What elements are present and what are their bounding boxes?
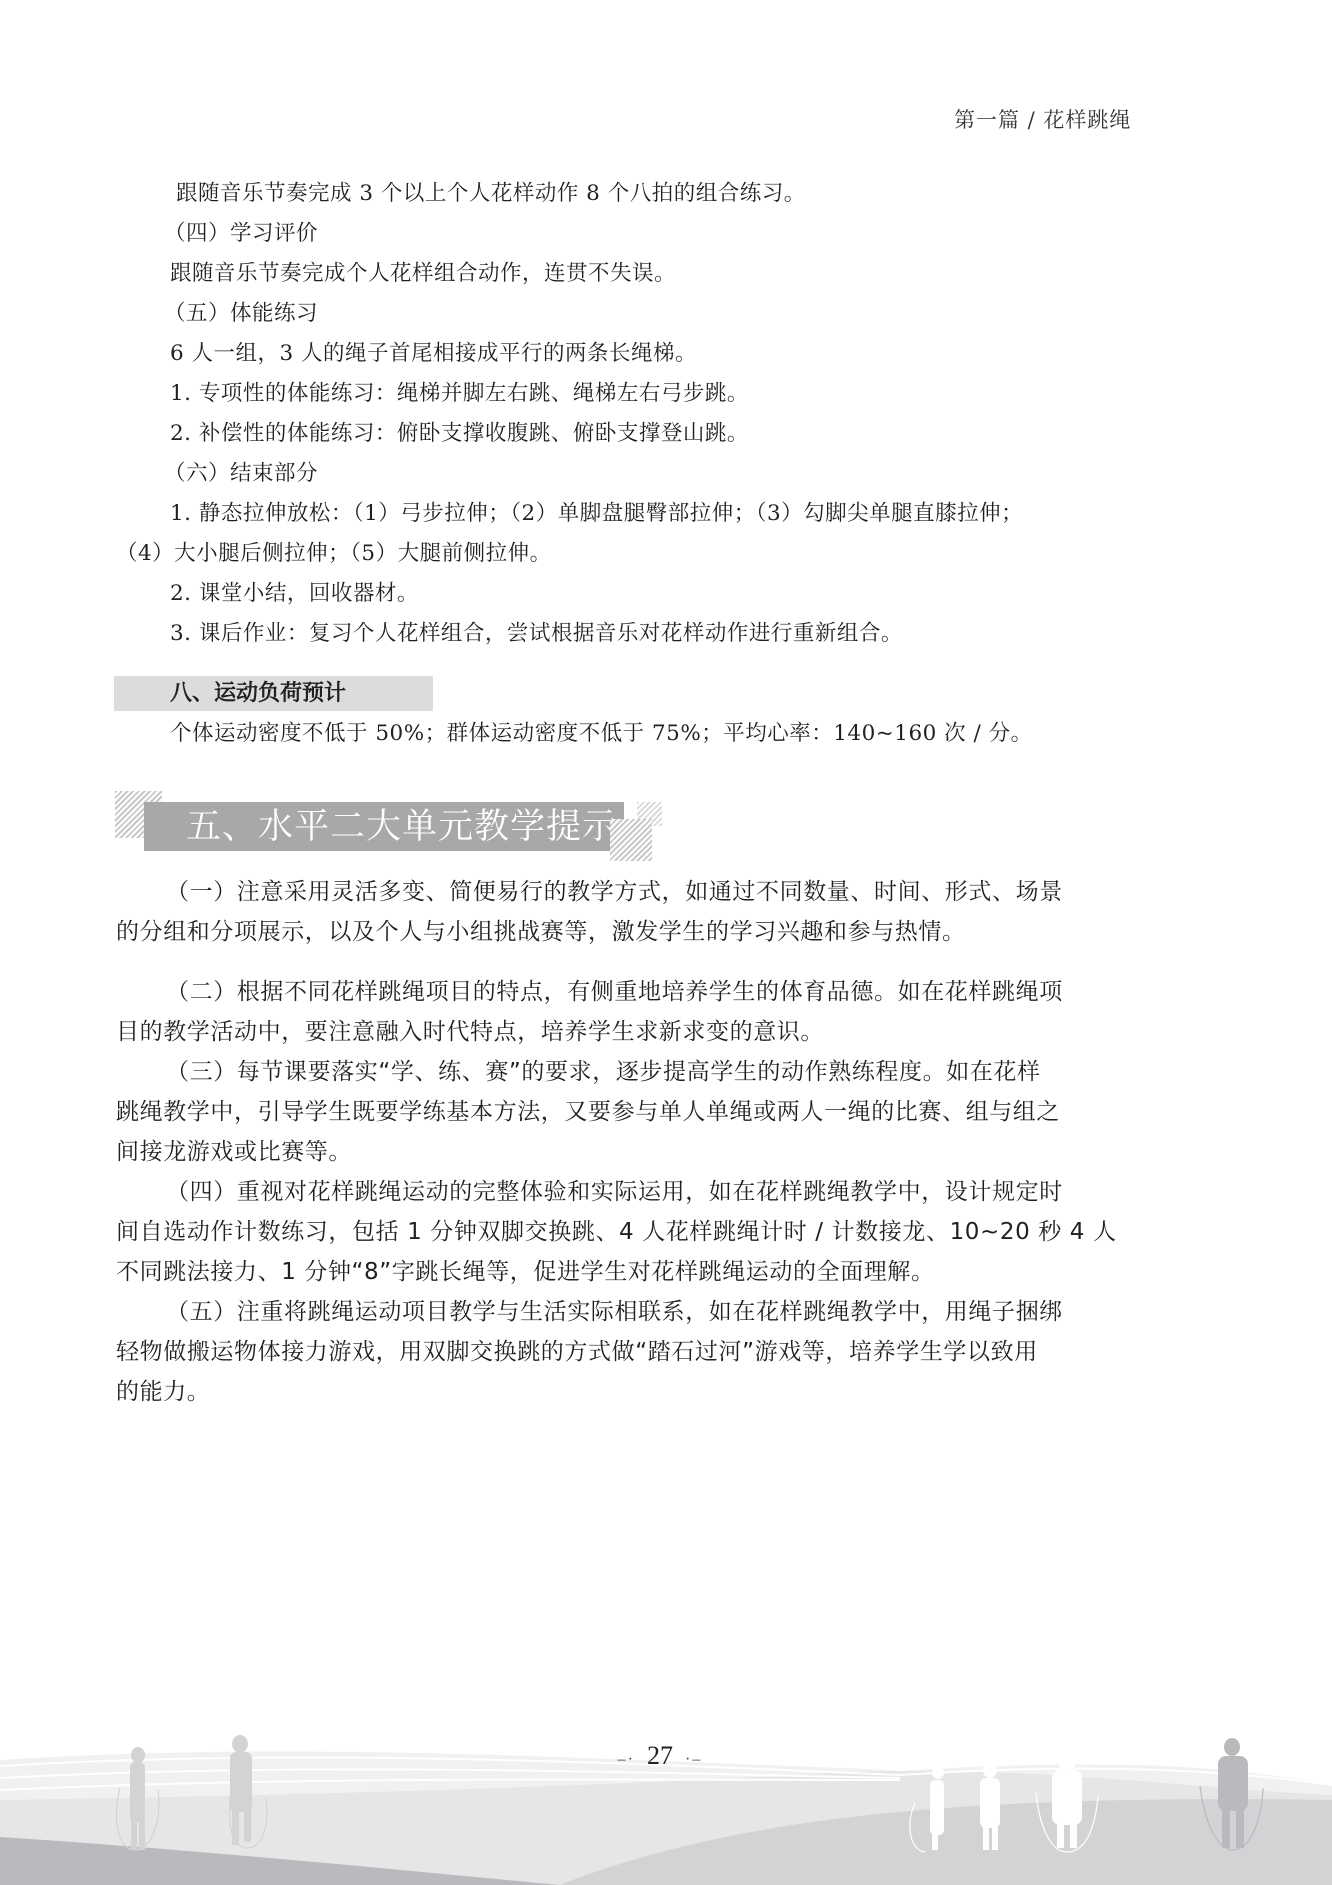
section-body: 个体运动密度不低于 50%；群体运动密度不低于 75%；平均心率：140~160… — [170, 714, 1033, 754]
text-line: 1. 专项性的体能练习：绳梯并脚左右跳、绳梯左右弓步跳。 — [170, 374, 749, 414]
page-number-dash-right: ·– — [673, 1751, 702, 1768]
text-line: 2. 补偿性的体能练习：俯卧支撑收腹跳、俯卧支撑登山跳。 — [170, 414, 749, 454]
paragraph-line: （一）注意采用灵活多变、简便易行的教学方式，如通过不同数量、时间、形式、场景 — [166, 872, 1226, 912]
page-number-dash-left: –· — [618, 1751, 647, 1768]
paragraph-line: 目的教学活动中，要注意融入时代特点，培养学生求新求变的意识。 — [116, 1012, 1176, 1052]
text-line: （四）学习评价 — [164, 214, 318, 254]
paragraph-line: 间接龙游戏或比赛等。 — [116, 1132, 1176, 1172]
text-line: 跟随音乐节奏完成 3 个以上个人花样动作 8 个八拍的组合练习。 — [176, 174, 806, 214]
paragraph-line: 的分组和分项展示，以及个人与小组挑战赛等，激发学生的学习兴趣和参与热情。 — [116, 912, 1176, 952]
text-line: 6 人一组，3 人的绳子首尾相接成平行的两条长绳梯。 — [170, 334, 697, 374]
text-line: 2. 课堂小结，回收器材。 — [170, 574, 419, 614]
chapter-banner-bar: 五、水平二大单元教学提示 — [144, 802, 624, 851]
text-line: 3. 课后作业：复习个人花样组合，尝试根据音乐对花样动作进行重新组合。 — [170, 614, 903, 654]
hatch-decoration-right-bottom — [610, 819, 652, 861]
text-line: 1. 静态拉伸放松：（1）弓步拉伸；（2）单脚盘腿臀部拉伸；（3）勾脚尖单腿直膝… — [170, 494, 1023, 534]
footer-illustration — [0, 1700, 1332, 1885]
paragraph-line: 轻物做搬运物体接力游戏，用双脚交换跳的方式做“踏石过河”游戏等，培养学生学以致用 — [116, 1332, 1176, 1372]
text-line: （五）体能练习 — [164, 294, 318, 334]
paragraph-line: （二）根据不同花样跳绳项目的特点，有侧重地培养学生的体育品德。如在花样跳绳项 — [166, 972, 1226, 1012]
paragraph-line: 的能力。 — [116, 1372, 1176, 1412]
paragraph-line: 间自选动作计数练习，包括 1 分钟双脚交换跳、4 人花样跳绳计时 / 计数接龙、… — [116, 1212, 1176, 1252]
chapter-title: 五、水平二大单元教学提示 — [186, 805, 618, 849]
paragraph-line: （五）注重将跳绳运动项目教学与生活实际相联系，如在花样跳绳教学中，用绳子捆绑 — [166, 1292, 1226, 1332]
running-head: 第一篇 / 花样跳绳 — [954, 104, 1194, 134]
jump-rope-silhouettes-icon — [0, 1700, 1332, 1885]
text-line: 跟随音乐节奏完成个人花样组合动作，连贯不失误。 — [170, 254, 676, 294]
paragraph-line: （四）重视对花样跳绳运动的完整体验和实际运用，如在花样跳绳教学中，设计规定时 — [166, 1172, 1226, 1212]
text-line: （六）结束部分 — [164, 454, 318, 494]
paragraph-line: 跳绳教学中，引导学生既要学练基本方法，又要参与单人单绳或两人一绳的比赛、组与组之 — [116, 1092, 1176, 1132]
section-heading: 八、运动负荷预计 — [170, 678, 346, 709]
page-number-value: 27 — [647, 1741, 673, 1770]
section-heading-bar: 八、运动负荷预计 — [114, 676, 433, 711]
paragraph-line: （三）每节课要落实“学、练、赛”的要求，逐步提高学生的动作熟练程度。如在花样 — [166, 1052, 1226, 1092]
text-line: （4）大小腿后侧拉伸；（5）大腿前侧拉伸。 — [116, 534, 552, 574]
page-number: –· 27 ·– — [560, 1741, 760, 1771]
paragraph-line: 不同跳法接力、1 分钟“8”字跳长绳等，促进学生对花样跳绳运动的全面理解。 — [116, 1252, 1176, 1292]
